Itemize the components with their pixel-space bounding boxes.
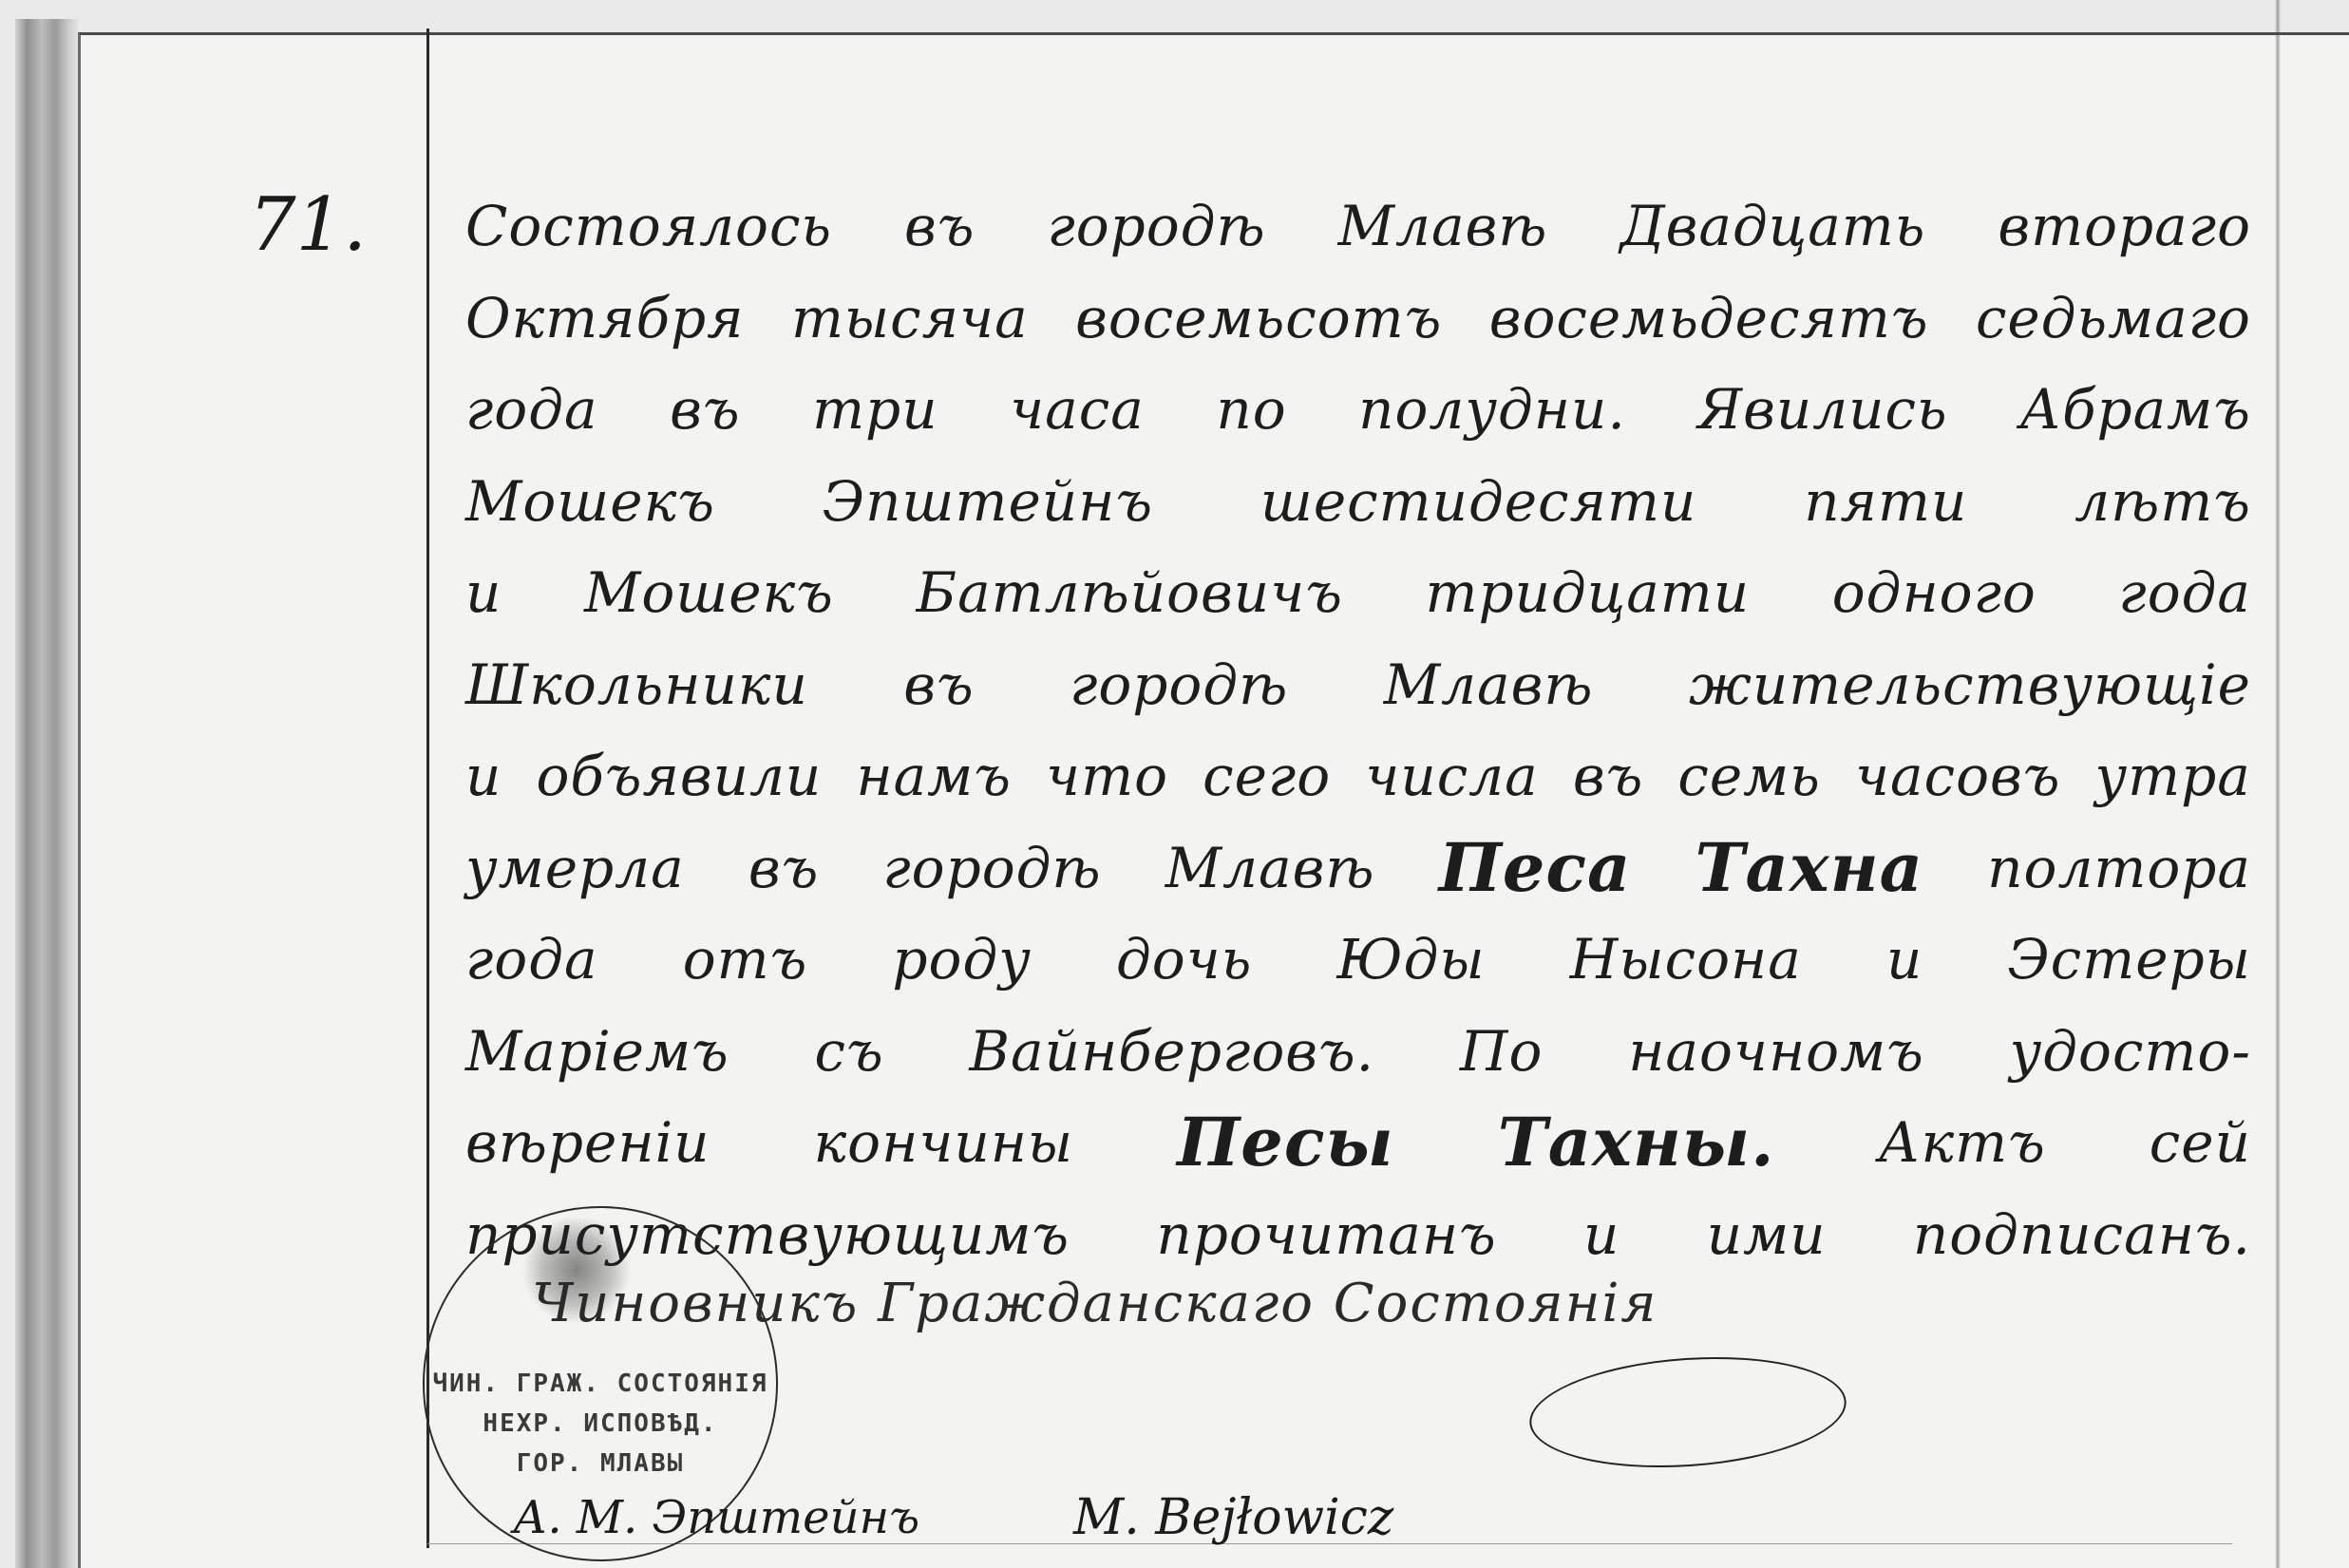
record-word: три — [812, 364, 938, 456]
record-word: ими — [1707, 1189, 1827, 1281]
record-word: Мошекъ — [584, 547, 834, 639]
record-word: Млавѣ — [1384, 639, 1594, 731]
record-line: годавътричасапополудни.ЯвилисьАбрамъ — [465, 364, 2251, 456]
record-word: Маріемъ — [465, 1006, 729, 1098]
witness-signature-2: M. Bejłowicz — [1073, 1489, 1393, 1546]
record-line: умерлавъгородѣМлавѣПесаТахнаполтора — [465, 822, 2251, 915]
record-word: въ — [748, 822, 819, 915]
record-word: Актъ — [1879, 1097, 2046, 1189]
record-word: года — [465, 364, 598, 456]
record-word: кончины — [814, 1097, 1074, 1189]
record-word: По — [1460, 1006, 1544, 1098]
record-word: Явились — [1697, 364, 1947, 456]
record-word: полтора — [1987, 822, 2251, 915]
record-word: и — [1886, 914, 1923, 1006]
deceased-name: Тахны. — [1498, 1097, 1775, 1189]
record-line: иобъявилинамъчтосегочиславъсемьчасовъутр… — [465, 730, 2251, 822]
record-word: и — [465, 730, 502, 822]
entry-number: 71. — [249, 182, 367, 268]
record-word: Школьники — [465, 639, 808, 731]
record-word: Состоялось — [465, 180, 832, 273]
record-word: числа — [1365, 730, 1538, 822]
seal-line: НЕХР. ИСПОВѢД. — [425, 1409, 776, 1438]
record-word: восемьсотъ — [1075, 273, 1442, 365]
record-word: наочномъ — [1628, 1006, 1924, 1098]
record-word: лѣтъ — [2074, 456, 2251, 548]
record-word: въ — [670, 364, 740, 456]
record-word: тридцати — [1426, 547, 1751, 639]
deceased-name: Песы — [1177, 1097, 1394, 1189]
record-word: втораго — [1998, 180, 2251, 273]
record-word: отъ — [683, 914, 808, 1006]
deceased-name: Тахна — [1695, 822, 1923, 915]
record-word: роду — [892, 914, 1031, 1006]
record-word: Октября — [465, 273, 745, 365]
record-word: по — [1216, 364, 1286, 456]
margin-rule — [426, 28, 429, 1548]
record-word: семь — [1677, 730, 1820, 822]
record-word: подписанъ. — [1913, 1189, 2251, 1281]
record-word: пяти — [1804, 456, 1967, 548]
record-word: дочь — [1116, 914, 1252, 1006]
record-word: умерла — [465, 822, 685, 915]
witness-signature-1: А. М. Эпштейнъ — [513, 1491, 919, 1544]
record-word: жительствующіе — [1689, 639, 2251, 731]
record-word: въ — [1573, 730, 1643, 822]
deceased-name: Песа — [1439, 822, 1632, 915]
book-binding-edge — [15, 19, 82, 1568]
record-word: въ — [903, 639, 974, 731]
record-word: Млавѣ — [1338, 180, 1548, 273]
record-word: часа — [1010, 364, 1145, 456]
record-line: СостоялосьвъгородѣМлавѣДвадцатьвтораго — [465, 180, 2251, 273]
record-line: годаотъродудочьЮдыНысонаиЭстеры — [465, 914, 2251, 1006]
record-word: Мошекъ — [465, 456, 715, 548]
record-word: часовъ — [1855, 730, 2060, 822]
record-word: Двадцать — [1620, 180, 1926, 273]
record-word: полудни. — [1358, 364, 1626, 456]
record-word: Вайнберговъ. — [969, 1006, 1374, 1098]
record-word: въ — [904, 180, 975, 273]
record-word: прочитанъ — [1156, 1189, 1496, 1281]
record-word: утра — [2095, 730, 2251, 822]
record-word: городѣ — [1047, 180, 1265, 273]
record-word: городѣ — [882, 822, 1101, 915]
record-word: вѣреніи — [465, 1097, 710, 1189]
page-crease — [2275, 0, 2281, 1568]
record-word: Эстеры — [2007, 914, 2251, 1006]
record-word: года — [2118, 547, 2251, 639]
record-word: сего — [1203, 730, 1331, 822]
record-word: одного — [1832, 547, 2036, 639]
record-word: сей — [2150, 1097, 2251, 1189]
record-word: Юды — [1336, 914, 1485, 1006]
record-word: объявили — [536, 730, 822, 822]
record-word: Млавѣ — [1165, 822, 1375, 915]
record-word: Эпштейнъ — [823, 456, 1153, 548]
record-word: что — [1046, 730, 1168, 822]
record-word: седьмаго — [1976, 273, 2251, 365]
record-word: городѣ — [1070, 639, 1288, 731]
record-word: Батлѣйовичъ — [916, 547, 1342, 639]
seal-line: ЧИН. ГРАЖ. СОСТОЯНІЯ — [425, 1370, 776, 1398]
record-word: шестидесяти — [1260, 456, 1696, 548]
record-word: Нысона — [1570, 914, 1802, 1006]
record-word: и — [465, 547, 502, 639]
record-word: удосто- — [2010, 1006, 2251, 1098]
seal-line: ГОР. МЛАВЫ — [425, 1449, 776, 1478]
record-line: иМошекъБатлѣйовичътридцатиодногогода — [465, 547, 2251, 639]
record-line: Октябрятысячавосемьсотъвосемьдесятъседьм… — [465, 273, 2251, 365]
record-word: года — [465, 914, 598, 1006]
record-word: тысяча — [791, 273, 1029, 365]
record-line: ШкольникивъгородѣМлавѣжительствующіе — [465, 639, 2251, 731]
record-line: МошекъЭпштейнъшестидесятипятилѣтъ — [465, 456, 2251, 548]
record-line: вѣреніикончиныПесыТахны.Актъсей — [465, 1097, 2251, 1189]
seal-ink-blot — [520, 1218, 634, 1322]
record-word: и — [1583, 1189, 1620, 1281]
record-word: Абрамъ — [2019, 364, 2251, 456]
record-line: МаріемъсъВайнберговъ.Понаочномъудосто- — [465, 1006, 2251, 1098]
record-word: восемьдесятъ — [1489, 273, 1929, 365]
record-word: съ — [815, 1006, 884, 1098]
record-text: СостоялосьвъгородѣМлавѣДвадцатьвторагоОк… — [465, 180, 2251, 1280]
record-word: намъ — [856, 730, 1012, 822]
